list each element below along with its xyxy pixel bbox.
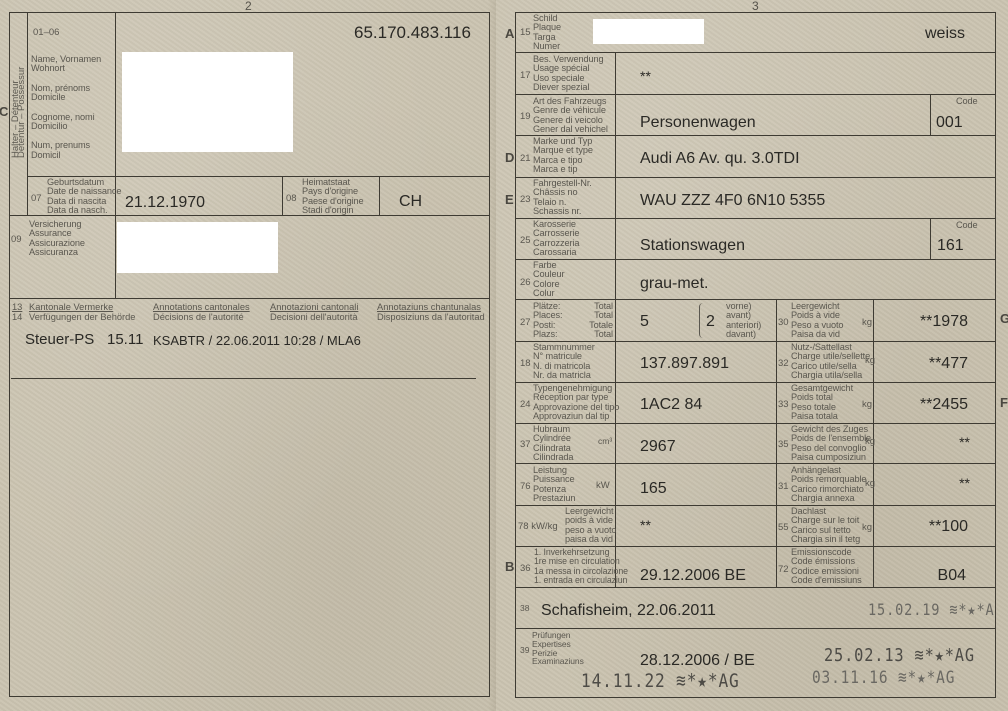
left-page: 2 C Halter – Détenteur Detentur – Posses… bbox=[0, 0, 496, 711]
section-letter-e: E bbox=[505, 192, 514, 207]
annotation-entry-label: Steuer-PS bbox=[25, 331, 94, 348]
first-registration-labels: 1. Inverkehrsetzung1re mise en circulati… bbox=[534, 548, 628, 586]
body-type-value: Stationswagen bbox=[640, 237, 745, 255]
seats-total-value: 5 bbox=[640, 313, 649, 331]
field-number-08: 08 bbox=[286, 193, 297, 204]
special-use-value: ** bbox=[640, 68, 651, 84]
code-label: Code bbox=[956, 97, 978, 106]
annotation-fr: Annotations cantonales Décisions de l'au… bbox=[153, 302, 250, 322]
place-date-value: Schafisheim, 22.06.2011 bbox=[541, 602, 716, 620]
section-letter-f: F bbox=[1000, 395, 1008, 410]
field-number-17: 17 bbox=[520, 70, 531, 81]
color-labels: FarbeCouleurColoreColur bbox=[533, 261, 564, 299]
total-weight-value: **2455 bbox=[920, 396, 968, 414]
field-number-26: 26 bbox=[520, 277, 531, 288]
annotation-entry-detail: KSABTR / 22.06.2011 10:28 / MLA6 bbox=[153, 333, 361, 348]
empty-weight-value: **1978 bbox=[920, 313, 968, 331]
field-number-24: 24 bbox=[520, 399, 531, 410]
power-weight-value: ** bbox=[640, 517, 651, 533]
holder-labels: Name, Vornamen Wohnort Nom, prénoms Domi… bbox=[31, 55, 101, 160]
towing-value: ** bbox=[959, 475, 970, 491]
field-number-36: 36 bbox=[520, 563, 531, 574]
body-labels: KarosserieCarrosserieCarrozzeriaCarossar… bbox=[533, 220, 579, 258]
displacement-labels: HubraumCylindréeCilindrataCilindrada bbox=[533, 425, 573, 463]
right-page: 3 A D E B G F 15 SchildPlaqueTargaNumer … bbox=[496, 0, 1008, 711]
unit-kw: kW bbox=[596, 480, 610, 491]
field-number-15: 15 bbox=[520, 27, 531, 38]
inspection-stamp: 25.02.13 ≋*★*AG bbox=[824, 645, 975, 666]
unit-kg: kg bbox=[865, 355, 875, 366]
field-number-30: 30 bbox=[778, 317, 789, 328]
annotation-rm: Annotaziuns chantunalas Disposiziuns da … bbox=[377, 302, 485, 322]
power-weight-labels: Leergewichtpoids à videpeso a vuotopaisa… bbox=[565, 507, 616, 545]
field-number-78: 78 kW/kg bbox=[518, 521, 558, 532]
first-registration-value: 29.12.2006 BE bbox=[640, 567, 746, 585]
field-number-19: 19 bbox=[520, 111, 531, 122]
type-approval-value: 1AC2 84 bbox=[640, 396, 702, 414]
section-letter-a: A bbox=[505, 26, 514, 41]
annotation-de: Kantonale Vermerke Verfügungen der Behör… bbox=[29, 302, 135, 322]
unit-kg: kg bbox=[865, 478, 875, 489]
field-number-39: 39 bbox=[520, 645, 529, 655]
inspection-stamp: 03.11.16 ≋*★*AG bbox=[812, 668, 955, 688]
holder-id-number: 65.170.483.116 bbox=[354, 23, 471, 43]
make-model-labels: Marke und TypMarque et typeMarca e tipoM… bbox=[533, 137, 593, 175]
plate-color-value: weiss bbox=[925, 25, 965, 43]
annotation-numbers: 13 14 bbox=[12, 302, 22, 322]
train-weight-value: ** bbox=[959, 434, 970, 450]
inspection-stamp: 14.11.22 ≋*★*AG bbox=[581, 670, 740, 692]
make-model-value: Audi A6 Av. qu. 3.0TDI bbox=[640, 150, 800, 168]
section-letter-b: B bbox=[505, 559, 514, 574]
field-number-31: 31 bbox=[778, 481, 789, 492]
redacted-holder-name bbox=[122, 52, 293, 152]
annotation-entry-value: 15.11 bbox=[107, 331, 143, 348]
seats-labels: Plätze:Places:Posti:Plazs: bbox=[533, 302, 562, 340]
field-number-76: 76 bbox=[520, 481, 531, 492]
field-number-23: 23 bbox=[520, 194, 531, 205]
redacted-insurance bbox=[117, 222, 278, 273]
roof-load-labels: DachlastCharge sur le toitCarico sul tet… bbox=[791, 507, 860, 545]
field-number-32: 32 bbox=[778, 358, 789, 369]
chassis-labels: Fahrgestell-Nr.Châssis noTelaio n.Schass… bbox=[533, 179, 592, 217]
field-number-55: 55 bbox=[778, 522, 789, 533]
chassis-number-value: WAU ZZZ 4F0 6N10 5355 bbox=[640, 192, 825, 210]
power-value: 165 bbox=[640, 480, 667, 498]
section-letter-c: C bbox=[0, 104, 8, 119]
unit-kg: kg bbox=[862, 399, 872, 410]
empty-weight-labels: LeergewichtPoids à videPeso a vuotoPaisa… bbox=[791, 302, 843, 340]
section-letter-d: D bbox=[505, 150, 514, 165]
annotation-it: Annotazioni cantonali Decisioni dell'aut… bbox=[270, 302, 358, 322]
inspections-labels: PrüfungenExpertisesPerizieExaminaziuns bbox=[532, 631, 584, 666]
field-number-18: 18 bbox=[520, 358, 531, 369]
displacement-value: 2967 bbox=[640, 438, 676, 456]
special-use-labels: Bes. VerwendungUsage spécialUso speciale… bbox=[533, 55, 604, 93]
holder-label-rm-it: Detentur – Possessur bbox=[17, 67, 27, 158]
field-number-07: 07 bbox=[31, 193, 42, 204]
origin-labels: Heimatstaat Pays d'origine Paese d'origi… bbox=[302, 178, 364, 216]
train-weight-labels: Gewicht des ZugesPoids de l'ensemblePeso… bbox=[791, 425, 871, 463]
seats-front-value: 2 bbox=[706, 313, 715, 331]
field-number-21: 21 bbox=[520, 153, 531, 164]
plate-labels: SchildPlaqueTargaNumer bbox=[533, 14, 561, 52]
seats-front-labels: vorne)avant)anteriori)davant) bbox=[726, 302, 761, 340]
towing-labels: AnhängelastPoids remorquableCarico rimor… bbox=[791, 466, 866, 504]
vehicle-type-labels: Art des FahrzeugsGenre de véhiculeGenere… bbox=[533, 97, 608, 135]
payload-value: **477 bbox=[929, 355, 968, 373]
field-number-25: 25 bbox=[520, 235, 531, 246]
field-number-72: 72 bbox=[778, 564, 789, 575]
section-letter-g: G bbox=[1000, 311, 1008, 326]
field-number-27: 27 bbox=[520, 317, 531, 328]
type-approval-labels: TypengenehmigungRéception par typeApprov… bbox=[533, 384, 619, 422]
total-weight-labels: GesamtgewichtPoids totalPeso totalePaisa… bbox=[791, 384, 853, 422]
field-number-38: 38 bbox=[520, 603, 529, 613]
field-number-01-06: 01–06 bbox=[33, 27, 59, 38]
unit-kg: kg bbox=[862, 522, 872, 533]
body-type-code: 161 bbox=[937, 237, 964, 255]
field-number-35: 35 bbox=[778, 439, 789, 450]
emission-code-value: B04 bbox=[938, 567, 966, 585]
field-number-37: 37 bbox=[520, 439, 531, 450]
vehicle-type-value: Personenwagen bbox=[640, 114, 756, 132]
bracket bbox=[699, 303, 704, 338]
power-labels: LeistungPuissancePotenzaPrestaziun bbox=[533, 466, 575, 504]
payload-labels: Nutz-/SattellastCharge utile/selletteCar… bbox=[791, 343, 870, 381]
birthdate-labels: Geburtsdatum Date de naissance Data di n… bbox=[47, 178, 121, 216]
field-number-33: 33 bbox=[778, 399, 789, 410]
seats-total-labels: TotalTotalTotaleTotal bbox=[587, 302, 613, 340]
birthdate-value: 21.12.1970 bbox=[125, 194, 205, 212]
emission-labels: EmissionscodeCode émissionsCodice emissi… bbox=[791, 548, 862, 586]
master-number-labels: StammnummerN° matriculeN. di matricolaNr… bbox=[533, 343, 595, 381]
color-value: grau-met. bbox=[640, 275, 708, 293]
redacted-plate bbox=[593, 19, 704, 44]
master-number-value: 137.897.891 bbox=[640, 355, 729, 373]
insurance-labels: Versicherung Assurance Assicurazione Ass… bbox=[29, 220, 85, 258]
code-label: Code bbox=[956, 221, 978, 230]
origin-value: CH bbox=[399, 193, 422, 211]
field-number-09: 09 bbox=[11, 234, 22, 245]
vehicle-type-code: 001 bbox=[936, 114, 963, 132]
unit-cm3: cm³ bbox=[598, 436, 612, 446]
inspection-first-value: 28.12.2006 / BE bbox=[640, 652, 755, 670]
inspection-stamp: 15.02.19 ≋*★*A bbox=[868, 600, 995, 619]
roof-load-value: **100 bbox=[929, 518, 968, 536]
unit-kg: kg bbox=[862, 317, 872, 328]
unit-kg: kg bbox=[865, 436, 875, 447]
